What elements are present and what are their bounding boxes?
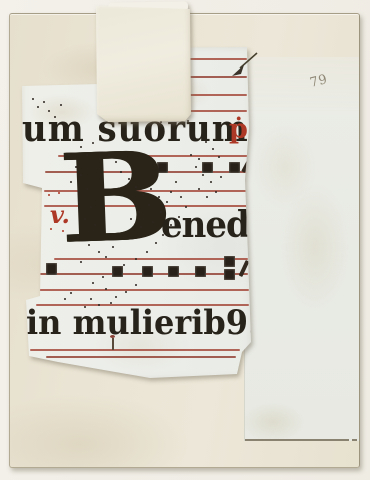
small-ink-mark <box>112 338 114 350</box>
manuscript-photo: 79 um suorum. ṗ. v. B enedi <box>0 0 370 480</box>
staff-line <box>30 349 240 351</box>
neume-square <box>195 266 206 277</box>
staff-line <box>54 258 248 260</box>
neume-square <box>168 266 179 277</box>
neume-square <box>112 266 123 277</box>
chant-text-line-2: enedi <box>161 204 261 246</box>
neume-square <box>202 162 213 173</box>
raised-parchment-flap <box>94 4 193 124</box>
patch-bottom-edge <box>245 439 357 441</box>
neume-square <box>224 256 235 267</box>
neume-square <box>46 263 57 275</box>
chant-text-line-3: in mulierib9. <box>26 302 259 342</box>
neume-square <box>142 266 153 277</box>
parchment-patch <box>244 57 359 441</box>
initial-letter-B: B <box>58 134 174 260</box>
neume-square <box>229 162 240 173</box>
staff-line <box>38 289 249 291</box>
neume-square <box>224 269 235 280</box>
staff-line <box>46 356 236 358</box>
ink-arrow-mark <box>229 50 259 82</box>
